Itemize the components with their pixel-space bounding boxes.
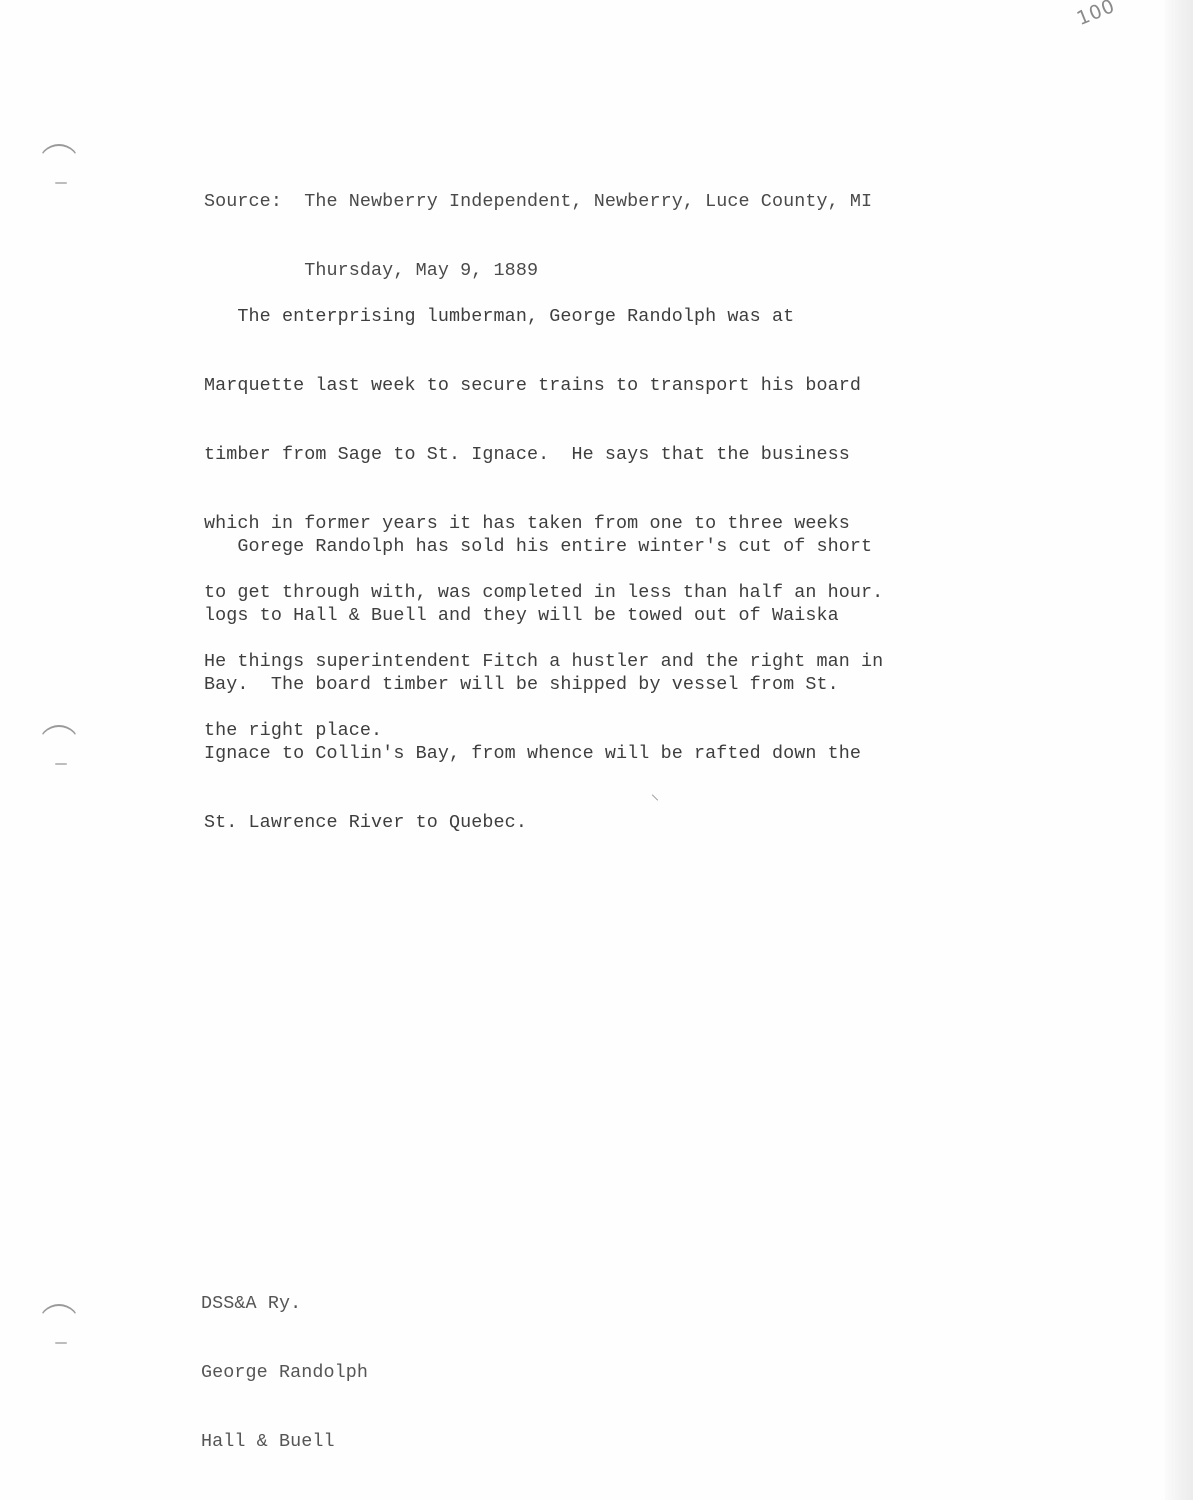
page-edge-shadow — [1165, 0, 1193, 1500]
paragraph-line: timber from Sage to St. Ignace. He says … — [204, 443, 883, 466]
punch-hole-icon — [38, 1304, 80, 1346]
source-line-publication: Source: The Newberry Independent, Newber… — [204, 190, 872, 213]
paragraph-line: Bay. The board timber will be shipped by… — [204, 673, 872, 696]
paragraph-line: Marquette last week to secure trains to … — [204, 374, 883, 397]
index-terms: DSS&A Ry. George Randolph Hall & Buell — [201, 1246, 368, 1476]
handwritten-page-number: 100 — [1074, 0, 1119, 30]
article-paragraph-2: Gorege Randolph has sold his entire wint… — [204, 489, 872, 857]
punch-hole-icon — [38, 725, 80, 767]
paragraph-line: The enterprising lumberman, George Rando… — [204, 305, 883, 328]
punch-hole-icon — [38, 144, 80, 186]
paragraph-line: St. Lawrence River to Quebec. — [204, 811, 872, 834]
index-term: Hall & Buell — [201, 1430, 368, 1453]
index-term: George Randolph — [201, 1361, 368, 1384]
paragraph-line: Gorege Randolph has sold his entire wint… — [204, 535, 872, 558]
paragraph-line: Ignace to Collin's Bay, from whence will… — [204, 742, 872, 765]
index-term: DSS&A Ry. — [201, 1292, 368, 1315]
paragraph-line: logs to Hall & Buell and they will be to… — [204, 604, 872, 627]
